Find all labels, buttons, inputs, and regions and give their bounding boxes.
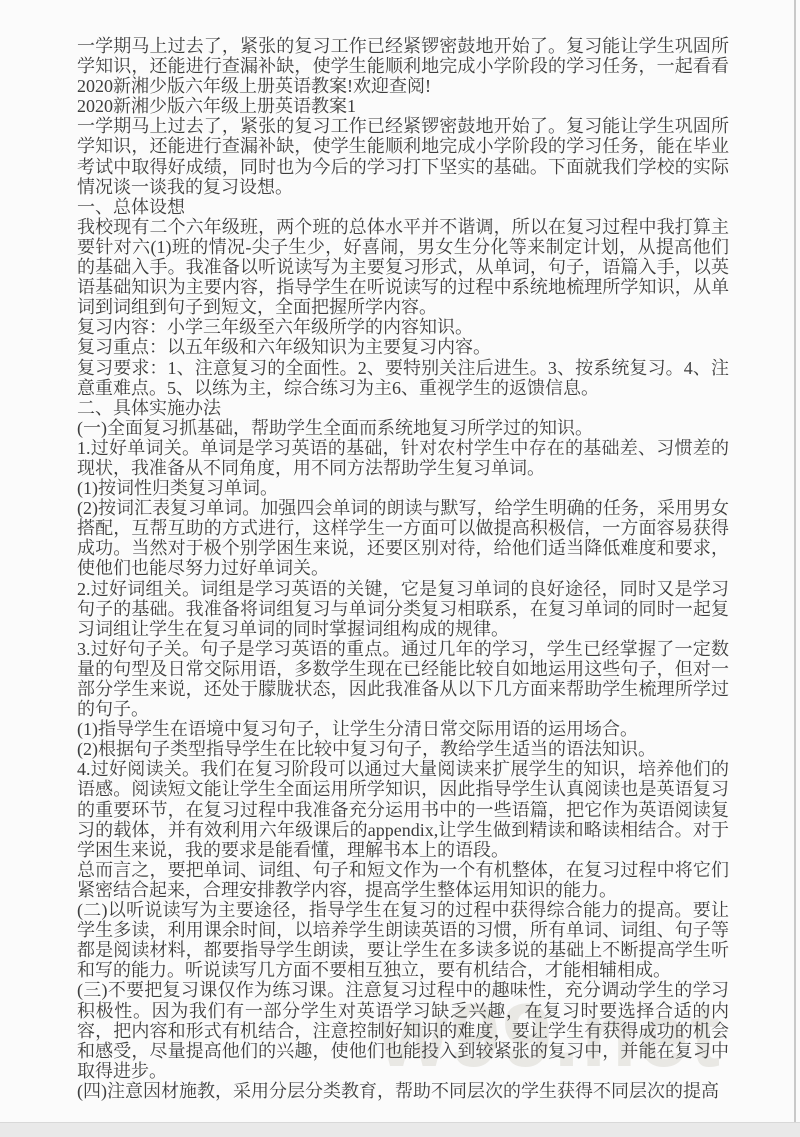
paragraph: (二)以听说读写为主要途径，指导学生在复习的过程中获得综合能力的提高。要让学生多… <box>77 900 729 980</box>
paragraph: 一学期马上过去了，紧张的复习工作已经紧锣密鼓地开始了。复习能让学生巩固所学知识，… <box>77 116 729 196</box>
page-right-border <box>794 0 796 1122</box>
paragraph: (四)注意因材施教，采用分层分类教育，帮助不同层次的学生获得不同层次的提高 <box>77 1081 729 1101</box>
paragraph: 复习内容：小学三年级至六年级所学的内容知识。 <box>77 317 729 337</box>
paragraph: (1)按词性归类复习单词。 <box>77 478 729 498</box>
paragraph: 4.过好阅读关。我们在复习阶段可以通过大量阅读来扩展学生的知识，培养他们的语感。… <box>77 759 729 859</box>
paragraph: (三)不要把复习课仅作为练习课。注意复习过程中的趣味性，充分调动学生的学习积极性… <box>77 980 729 1080</box>
paragraph: (2)根据句子类型指导学生在比较中复习句子，教给学生适当的语法知识。 <box>77 739 729 759</box>
paragraph: 3.过好句子关。句子是学习英语的重点。通过几年的学习，学生已经掌握了一定数量的句… <box>77 639 729 719</box>
paragraph: (1)指导学生在语境中复习句子，让学生分清日常交际用语的运用场合。 <box>77 719 729 739</box>
paragraph: 一、总体设想 <box>77 197 729 217</box>
paragraph: (一)全面复习抓基础，帮助学生全面而系统地复习所学过的知识。 <box>77 418 729 438</box>
paragraph: 总而言之，要把单词、词组、句子和短文作为一个有机整体，在复习过程中将它们紧密结合… <box>77 860 729 900</box>
document-text: 一学期马上过去了，紧张的复习工作已经紧锣密鼓地开始了。复习能让学生巩固所学知识，… <box>77 36 729 1101</box>
paragraph: 一学期马上过去了，紧张的复习工作已经紧锣密鼓地开始了。复习能让学生巩固所学知识，… <box>77 36 729 96</box>
page-bottom-strip <box>0 1122 800 1137</box>
paragraph: 1.过好单词关。单词是学习英语的基础，针对农村学生中存在的基础差、习惯差的现状，… <box>77 438 729 478</box>
paragraph: 2020新湘少版六年级上册英语教案1 <box>77 96 729 116</box>
paragraph: 我校现有二个六年级班，两个班的总体水平并不谐调，所以在复习过程中我打算主要针对六… <box>77 217 729 317</box>
paragraph: (2)按词汇表复习单词。加强四会单词的朗读与默写，给学生明确的任务，采用男女搭配… <box>77 498 729 578</box>
paragraph: 复习重点：以五年级和六年级知识为主要复习内容。 <box>77 337 729 357</box>
paragraph: 2.过好词组关。词组是学习英语的关键，它是复习单词的良好途径，同时又是学习句子的… <box>77 579 729 639</box>
paragraph: 二、具体实施办法 <box>77 398 729 418</box>
document-page: w99.net 一学期马上过去了，紧张的复习工作已经紧锣密鼓地开始了。复习能让学… <box>0 0 800 1137</box>
paragraph: 复习要求：1、注意复习的全面性。2、要特别关注后进生。3、按系统复习。4、注意重… <box>77 358 729 398</box>
